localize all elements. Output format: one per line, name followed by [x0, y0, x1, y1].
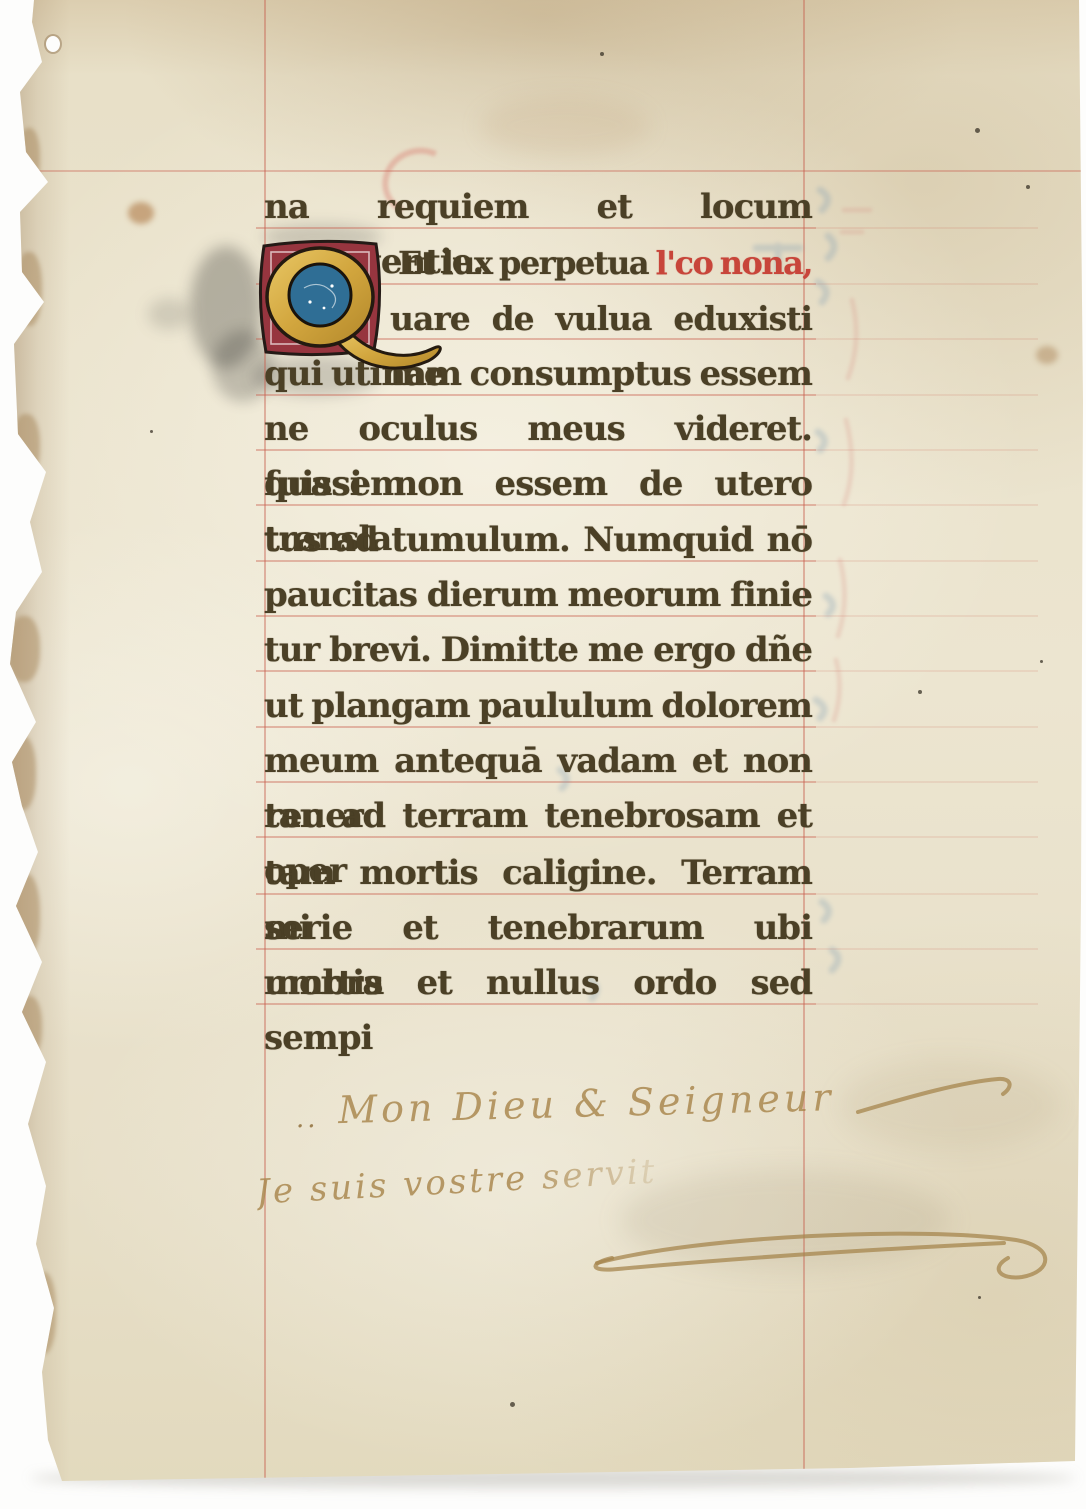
- ink-flourish: [0, 0, 1086, 1509]
- manuscript-leaf: na requiem et locum indulgentie. Et lux …: [0, 0, 1086, 1509]
- scan-background: na requiem et locum indulgentie. Et lux …: [0, 0, 1086, 1509]
